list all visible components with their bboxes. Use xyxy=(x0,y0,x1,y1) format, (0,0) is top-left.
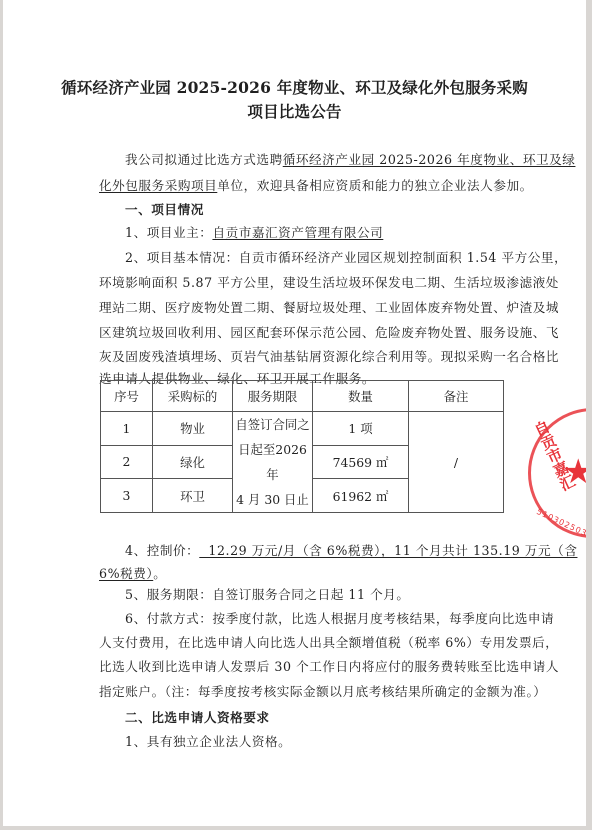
table-header: 服务期限 xyxy=(233,381,313,412)
table-header: 序号 xyxy=(101,381,153,412)
control-price: 4、控制价： 12.29 万元/月（含 6%税费），11 个月共计 135.19… xyxy=(125,540,520,559)
control-price-line2: 6%税费）。 xyxy=(99,563,519,582)
intro-text-suffix: 单位，欢迎具备相应资质和能力的独立企业法人参加。 xyxy=(217,178,532,193)
remark-cell: / xyxy=(409,412,504,513)
table-header: 数量 xyxy=(313,381,409,412)
table-header: 备注 xyxy=(409,381,504,412)
quantity: 61962 ㎡ xyxy=(313,479,409,513)
project-name-underlined-cont: 化外包服务采购项目 xyxy=(99,178,217,193)
project-owner: 1、项目业主：自贡市嘉汇资产管理有限公司 xyxy=(125,222,520,241)
quantity: 1 项 xyxy=(313,412,409,446)
procurement-item: 环卫 xyxy=(153,479,233,513)
payment-method-line: 比选人收到比选申请人发票后 30 个工作日内将应付的服务费转账至比选申请人 xyxy=(99,656,519,675)
intro-line2: 化外包服务采购项目单位，欢迎具备相应资质和能力的独立企业法人参加。 xyxy=(99,175,519,194)
table-header: 采购标的 xyxy=(153,381,233,412)
project-basic-line: 2、项目基本情况：自贡市循环经济产业园区规划控制面积 1.54 平方公里， xyxy=(125,247,520,266)
row-number: 3 xyxy=(101,479,153,513)
payment-method-line: 指定账户。（注：每季度按考核实际金额以月底考核结果所确定的金额为准。） xyxy=(99,681,519,700)
document-title-line1: 循环经济产业园 2025-2026 年度物业、环卫及绿化外包服务采购 xyxy=(3,76,586,98)
procurement-item: 物业 xyxy=(153,412,233,446)
project-content-table: 序号 采购标的 服务期限 数量 备注 1 物业 自签订合同之 日起至2026年 … xyxy=(100,380,504,513)
payment-method-line: 6、付款方式：按季度付款，比选人根据月度考核结果，每季度向比选申请 xyxy=(125,608,520,627)
payment-method-line: 人支付费用，在比选申请人向比选人出具全额增值税（税率 6%）专用发票后， xyxy=(99,632,519,651)
control-price-value: 12.29 万元/月（含 6%税费），11 个月共计 135.19 万元（含 xyxy=(199,543,577,558)
project-basic-line: 环境影响面积 5.87 平方公里，建设生活垃圾环保发电二期、生活垃圾渗滤液处 xyxy=(99,272,519,291)
service-period-line: 自签订合同之 xyxy=(233,412,312,437)
document-title-line2: 项目比选公告 xyxy=(3,100,586,122)
service-period-line: 日起至2026年 xyxy=(233,437,312,487)
quantity: 74569 ㎡ xyxy=(313,445,409,479)
document-page: 循环经济产业园 2025-2026 年度物业、环卫及绿化外包服务采购 项目比选公… xyxy=(3,0,586,826)
row-number: 1 xyxy=(101,412,153,446)
procurement-item: 绿化 xyxy=(153,445,233,479)
seal-star-icon: ★ xyxy=(563,455,586,489)
qualification-item: 1、具有独立企业法人资格。 xyxy=(125,731,520,750)
project-owner-value: 自贡市嘉汇资产管理有限公司 xyxy=(212,225,383,240)
intro-line1: 我公司拟通过比选方式选聘循环经济产业园 2025-2026 年度物业、环卫及绿 xyxy=(125,149,520,168)
section1-heading: 一、项目情况 xyxy=(125,199,520,218)
service-term: 5、服务期限：自签订服务合同之日起 11 个月。 xyxy=(125,584,520,603)
project-name-underlined: 循环经济产业园 2025-2026 年度物业、环卫及绿 xyxy=(283,152,576,167)
control-price-label: 4、控制价： xyxy=(125,543,199,558)
section2-heading: 二、比选申请人资格要求 xyxy=(125,707,520,726)
punctuation: 。 xyxy=(153,566,166,581)
table-row: 1 物业 自签订合同之 日起至2026年 4 月 30 日止 1 项 / xyxy=(101,412,504,446)
control-price-value-cont: 6%税费） xyxy=(99,566,153,581)
project-owner-label: 1、项目业主： xyxy=(125,225,212,240)
project-basic-line: 理站二期、医疗废物处置二期、餐厨垃圾处理、工业固体废弃物处置、炉渣及城 xyxy=(99,297,519,316)
service-period-line: 4 月 30 日止 xyxy=(233,487,312,512)
row-number: 2 xyxy=(101,445,153,479)
project-basic-line: 灰及固废残渣填埋场、页岩气油基钻屑资源化综合利用等。现拟采购一名合格比 xyxy=(99,346,519,365)
intro-text: 我公司拟通过比选方式选聘 xyxy=(125,152,283,167)
project-basic-line: 区建筑垃圾回收利用、园区配套环保示范公园、危险废弃物处置、服务设施、飞 xyxy=(99,322,519,341)
table-header-row: 序号 采购标的 服务期限 数量 备注 xyxy=(101,381,504,412)
service-period-cell: 自签订合同之 日起至2026年 4 月 30 日止 xyxy=(233,412,313,513)
